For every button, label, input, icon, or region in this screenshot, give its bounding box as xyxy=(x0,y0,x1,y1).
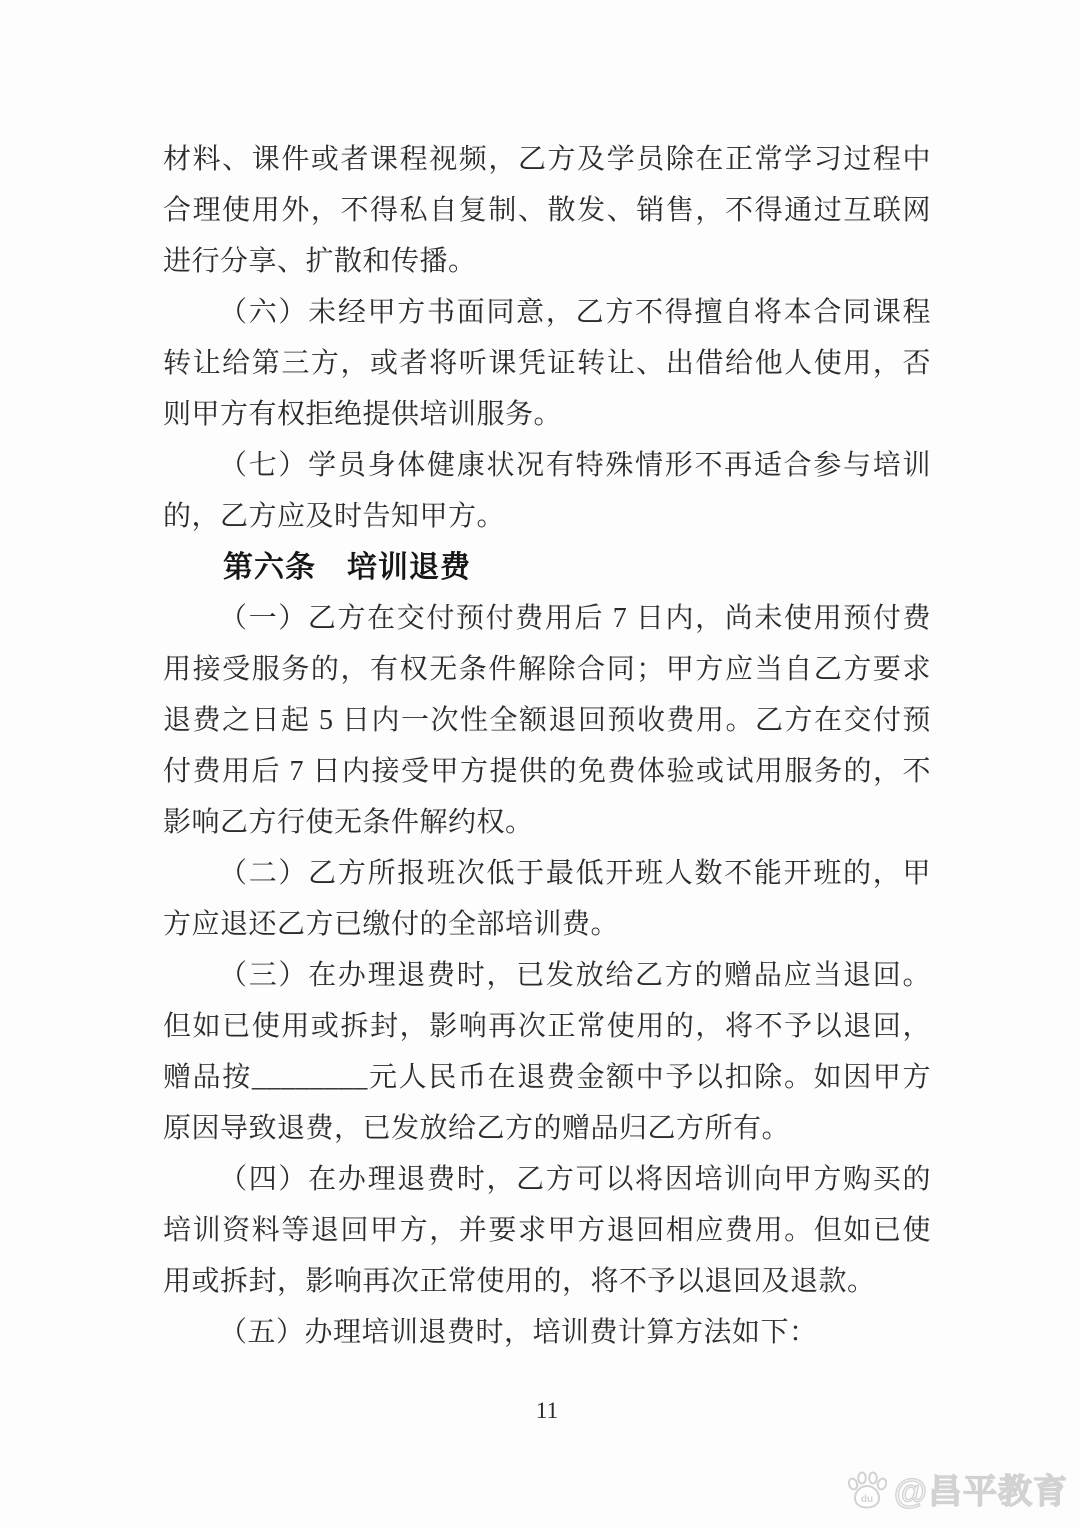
contract-line: （七）学员身体健康状况有特殊情形不再适合参与培训 xyxy=(163,440,931,491)
contract-line: （五）办理培训退费时，培训费计算方法如下： xyxy=(163,1307,931,1358)
contract-line: 付费用后 7 日内接受甲方提供的免费体验或试用服务的，不 xyxy=(163,746,931,797)
contract-line: （六）未经甲方书面同意，乙方不得擅自将本合同课程 xyxy=(163,287,931,338)
contract-line: 赠品按________元人民币在退费金额中予以扣除。如因甲方 xyxy=(163,1052,931,1103)
contract-line: 进行分享、扩散和传播。 xyxy=(163,236,931,287)
contract-line: 影响乙方行使无条件解约权。 xyxy=(163,797,931,848)
document-page: 材料、课件或者课程视频，乙方及学员除在正常学习过程中合理使用外，不得私自复制、散… xyxy=(0,0,1080,1527)
contract-line: （四）在办理退费时，乙方可以将因培训向甲方购买的 xyxy=(163,1154,931,1205)
contract-line: 用接受服务的，有权无条件解除合同；甲方应当自乙方要求 xyxy=(163,644,931,695)
contract-line: 则甲方有权拒绝提供培训服务。 xyxy=(163,389,931,440)
contract-line: 方应退还乙方已缴付的全部培训费。 xyxy=(163,899,931,950)
contract-line: （一）乙方在交付预付费用后 7 日内，尚未使用预付费 xyxy=(163,593,931,644)
contract-line: 的，乙方应及时告知甲方。 xyxy=(163,491,931,542)
contract-line: 转让给第三方，或者将听课凭证转让、出借给他人使用，否 xyxy=(163,338,931,389)
contract-line: （三）在办理退费时，已发放给乙方的赠品应当退回。 xyxy=(163,950,931,1001)
contract-body: 材料、课件或者课程视频，乙方及学员除在正常学习过程中合理使用外，不得私自复制、散… xyxy=(163,134,931,1358)
watermark-text: @昌平教育 xyxy=(894,1464,1068,1513)
section-heading: 第六条 培训退费 xyxy=(163,542,931,593)
contract-line: 原因导致退费，已发放给乙方的赠品归乙方所有。 xyxy=(163,1103,931,1154)
contract-line: 但如已使用或拆封，影响再次正常使用的，将不予以退回， xyxy=(163,1001,931,1052)
contract-line: 合理使用外，不得私自复制、散发、销售，不得通过互联网 xyxy=(163,185,931,236)
contract-line: 用或拆封，影响再次正常使用的，将不予以退回及退款。 xyxy=(163,1256,931,1307)
page-number: 11 xyxy=(163,1398,931,1424)
contract-line: 退费之日起 5 日内一次性全额退回预收费用。乙方在交付预 xyxy=(163,695,931,746)
contract-line: （二）乙方所报班次低于最低开班人数不能开班的，甲 xyxy=(163,848,931,899)
contract-line: 培训资料等退回甲方，并要求甲方退回相应费用。但如已使 xyxy=(163,1205,931,1256)
contract-line: 材料、课件或者课程视频，乙方及学员除在正常学习过程中 xyxy=(163,134,931,185)
watermark: du @昌平教育 xyxy=(845,1464,1068,1513)
baidu-paw-icon: du xyxy=(845,1468,889,1510)
paw-du-label: du xyxy=(861,1494,873,1505)
